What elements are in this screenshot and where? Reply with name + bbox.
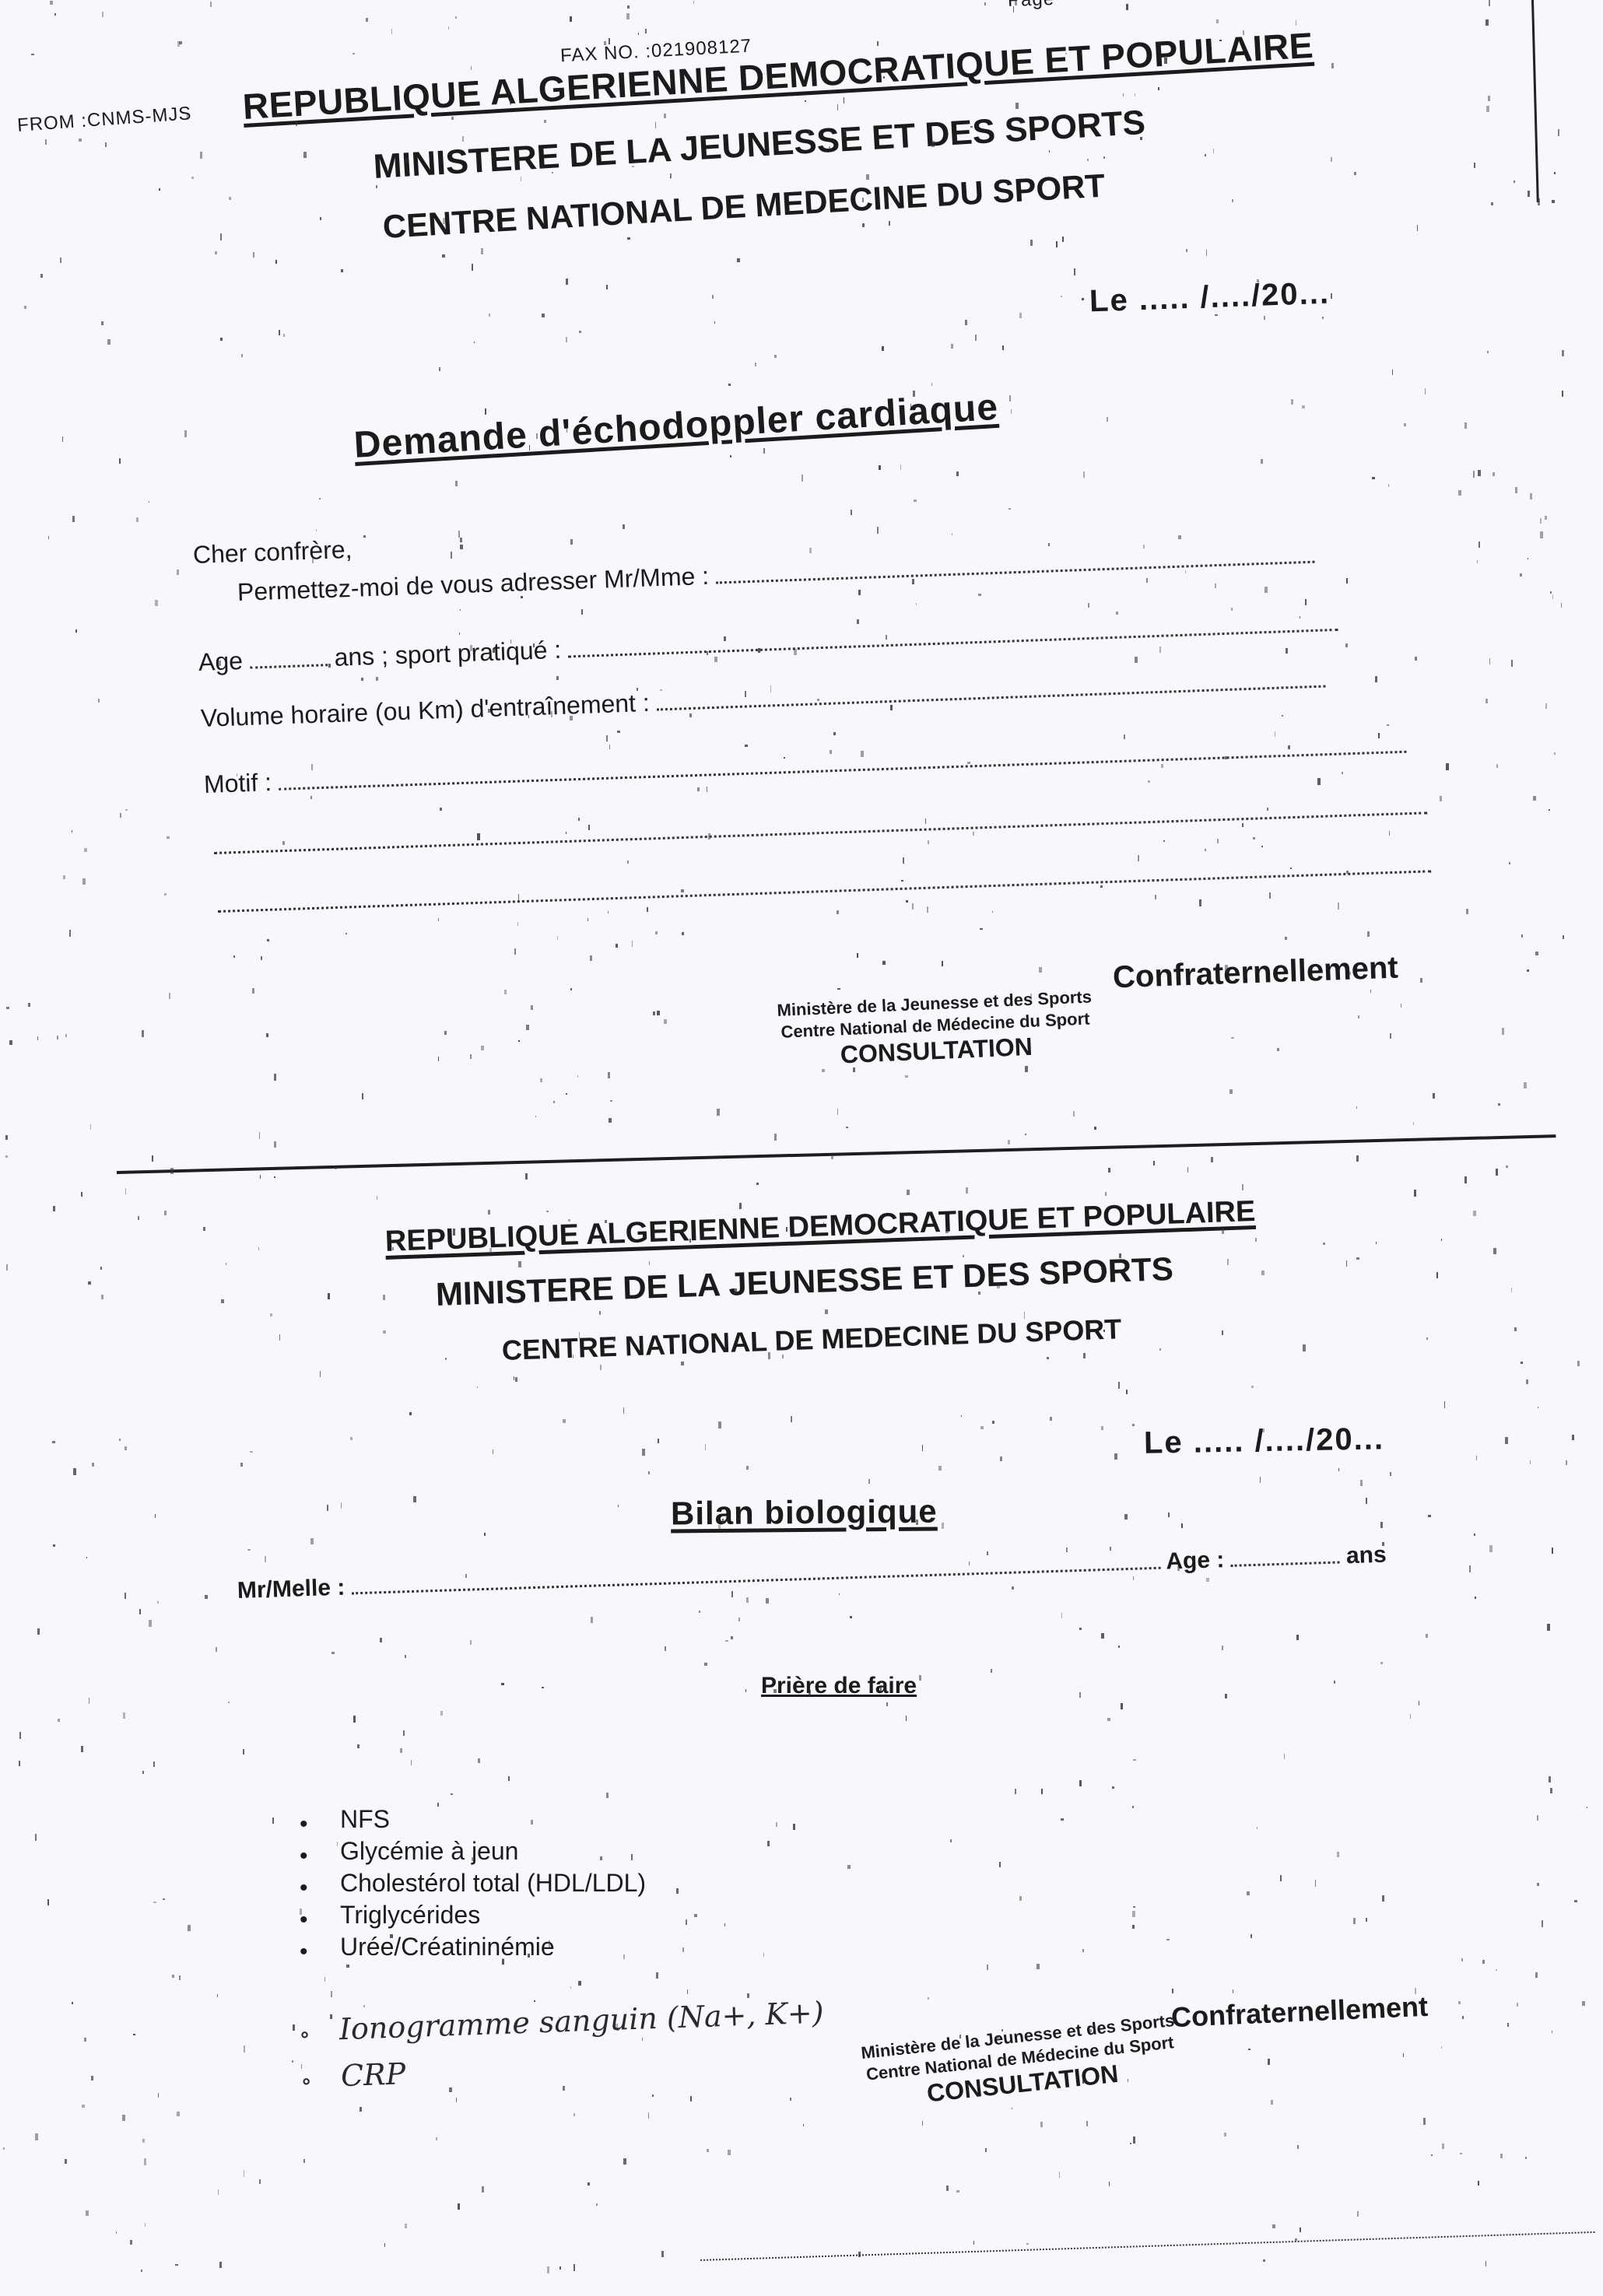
form-title-2: Bilan biologique (671, 1493, 938, 1533)
motif-field-line-2[interactable] (214, 804, 1428, 858)
form-title: Demande d'échodoppler cardiaque (353, 386, 999, 467)
request-label: Prière de faire (761, 1673, 917, 1699)
header-ministry-2: MINISTERE DE LA JEUNESSE ET DES SPORTS (435, 1250, 1173, 1313)
sport-field[interactable] (568, 629, 1338, 658)
age-field[interactable] (250, 664, 328, 668)
volume-field[interactable] (657, 685, 1326, 711)
scanned-fax-page: Page FAX NO. :021908127 FROM :CNMS-MJS R… (0, 0, 1603, 2296)
salutation: Cher confrère, (192, 535, 353, 570)
patient-label: Permettez-moi de vous adresser Mr/Mme : (237, 562, 709, 606)
header-republic: REPUBLIQUE ALGERIENNE DEMOCRATIQUE ET PO… (241, 24, 1314, 128)
test-list: NFS Glycémie à jeun Cholestérol total (H… (300, 1803, 646, 1963)
closing-signature-2: Confraternellement (1170, 1990, 1429, 2034)
sport-label: ans ; sport pratiqué : (334, 636, 562, 671)
age-unit-2: ans (1345, 1542, 1387, 1569)
paper-edge (1531, 0, 1539, 202)
test-item: Urée/Créatininémie (300, 1931, 646, 1963)
patient-row: Permettez-moi de vous adresser Mr/Mme : (237, 541, 1315, 607)
date-field[interactable]: Le ..... /..../20... (1089, 276, 1330, 320)
fax-from: FROM :CNMS-MJS (16, 103, 192, 137)
patient-row-2: Mr/Melle : Age : ans (237, 1542, 1387, 1604)
test-item: Glycémie à jeun (300, 1835, 646, 1867)
test-item: NFS (300, 1803, 646, 1835)
header-center-2: CENTRE NATIONAL DE MEDECINE DU SPORT (501, 1313, 1122, 1367)
consultation-stamp-2: Ministère de la Jeunesse et des Sports C… (860, 2010, 1180, 2115)
patient-name-field[interactable] (716, 561, 1315, 584)
date-field-2[interactable]: Le ..... /..../20... (1144, 1421, 1385, 1460)
volume-row: Volume horaire (ou Km) d'entraînement : (200, 665, 1325, 733)
section-divider (117, 1134, 1556, 1174)
handwritten-test-list: Ionogramme sanguin (Na+, K+) CRP (298, 1989, 826, 2100)
test-item: Cholestérol total (HDL/LDL) (300, 1867, 646, 1899)
age-sport-row: Age ans ; sport pratiqué : (198, 608, 1338, 677)
volume-label: Volume horaire (ou Km) d'entraînement : (200, 689, 650, 732)
test-item: Triglycérides (300, 1899, 646, 1931)
patient-label-2: Mr/Melle : (237, 1575, 345, 1604)
motif-label: Motif : (203, 768, 272, 798)
closing-signature: Confraternellement (1112, 951, 1398, 996)
header-republic-2: REPUBLIQUE ALGERIENNE DEMOCRATIQUE ET PO… (384, 1195, 1256, 1259)
bottom-dotted-line (700, 2223, 1595, 2265)
age-label-2: Age : (1166, 1547, 1225, 1574)
motif-field-line-1[interactable] (279, 751, 1406, 790)
patient-name-field-2[interactable] (352, 1567, 1161, 1595)
motif-row: Motif : (203, 731, 1406, 799)
consultation-stamp: Ministère de la Jeunesse et des Sports C… (777, 986, 1094, 1072)
age-field-2[interactable] (1231, 1561, 1340, 1566)
motif-field-line-3[interactable] (218, 862, 1432, 917)
